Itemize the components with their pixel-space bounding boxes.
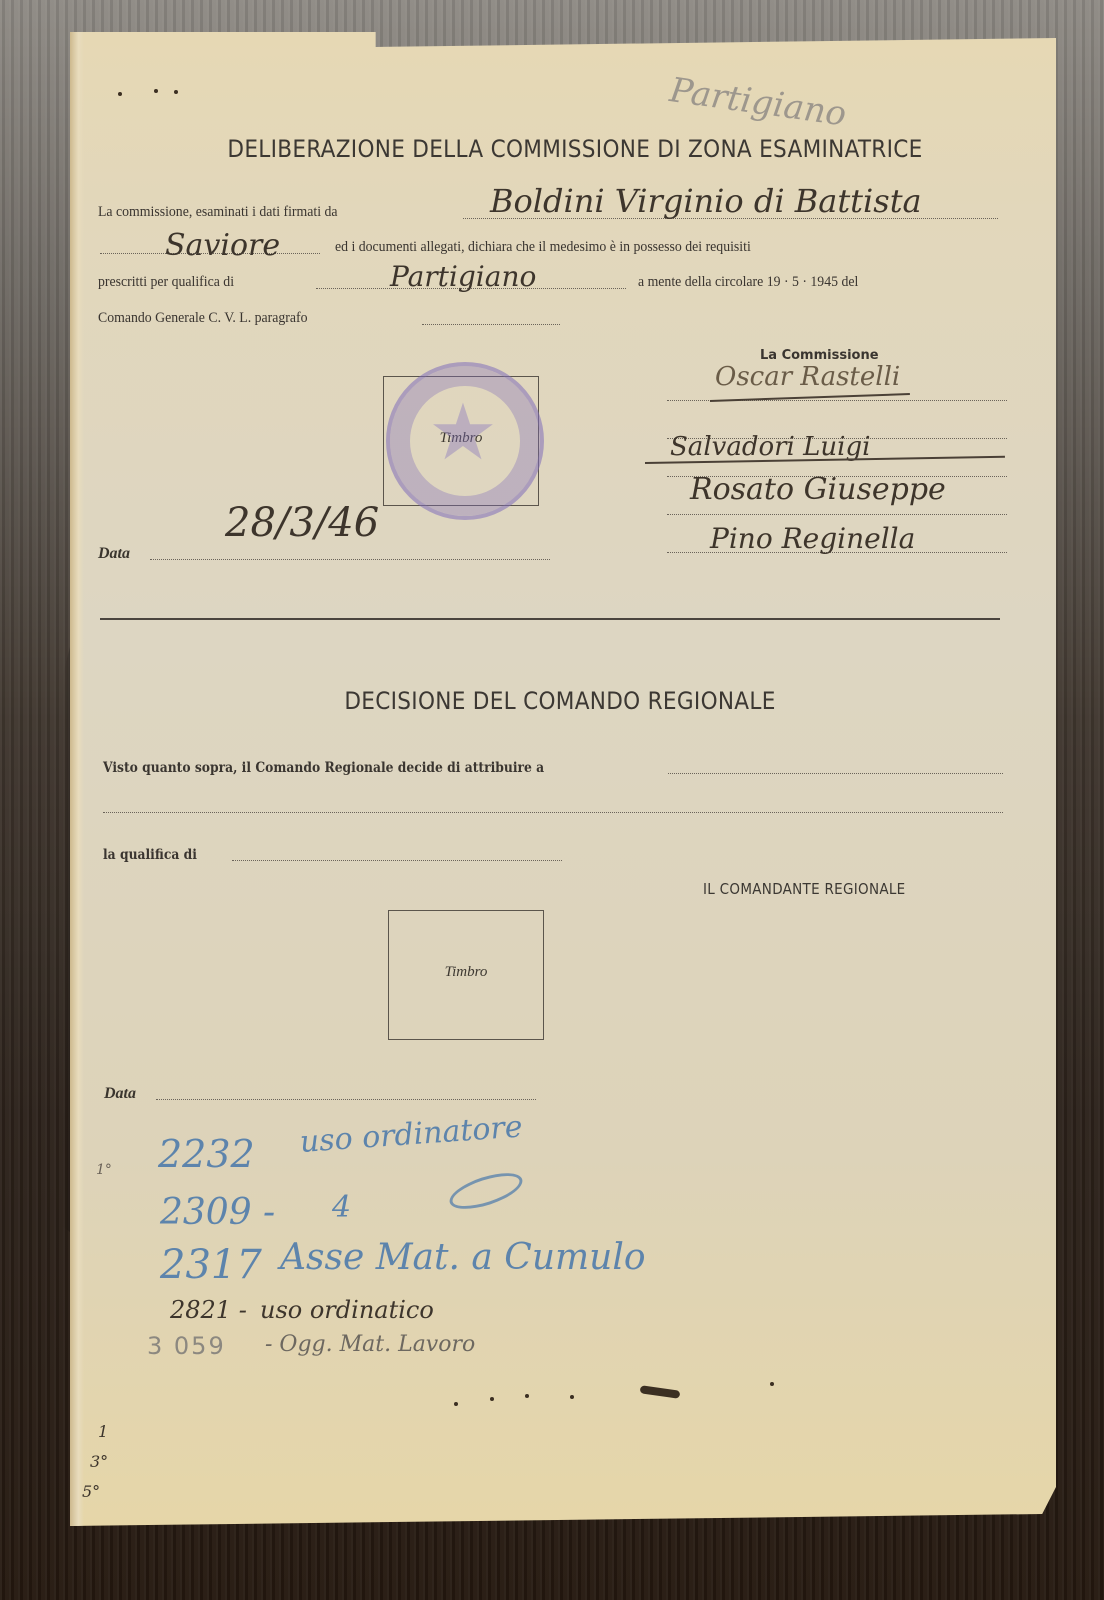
signature-2: Salvadori Luigi: [670, 432, 870, 462]
note-3-number: 2317: [160, 1242, 262, 1288]
pencil-annotation: Partigiano: [667, 70, 849, 134]
handwritten-name: Boldini Virginio di Battista: [490, 182, 922, 220]
note-2-text: 4: [332, 1190, 351, 1225]
section2-title: DECISIONE DEL COMANDO REGIONALE: [110, 687, 1010, 715]
handwritten-date: 28/3/46: [225, 500, 379, 546]
note-5-number: 3 059: [147, 1332, 226, 1360]
note-1-number: 2232: [158, 1132, 255, 1176]
handwritten-qualifica: Partigiano: [390, 260, 536, 293]
margin-mark: 1°: [96, 1162, 112, 1178]
stamp-box-2: Timbro: [388, 910, 544, 1040]
date-label-1: Data: [98, 545, 130, 563]
ink-spot: [490, 1397, 494, 1401]
note-5-text: - Ogg. Mat. Lavoro: [265, 1332, 475, 1357]
line4-text: Comando Generale C. V. L. paragrafo: [98, 310, 308, 327]
line2-text: ed i documenti allegati, dichiara che il…: [335, 239, 751, 256]
ink-smudge: [640, 1385, 681, 1398]
partisan-seal: ★: [386, 362, 544, 520]
note-2-number: 2309 -: [160, 1192, 275, 1233]
fill-line: [232, 860, 562, 861]
line1-prefix: La commissione, esaminati i dati firmati…: [98, 204, 338, 221]
ink-spot: [154, 89, 158, 93]
note-1-text: uso ordinatore: [299, 1109, 524, 1159]
commander-label: IL COMANDANTE REGIONALE: [703, 880, 906, 898]
ink-spot: [118, 92, 122, 96]
date-label-2: Data: [104, 1085, 136, 1103]
ink-spot: [770, 1382, 774, 1386]
commission-label: La Commissione: [760, 348, 879, 363]
margin-mark: 3°: [90, 1452, 108, 1471]
ink-spot: [525, 1394, 529, 1398]
ink-spot: [454, 1402, 458, 1406]
note-4-number: 2821 -: [170, 1296, 247, 1324]
margin-mark: 1: [98, 1422, 108, 1441]
handwritten-place: Saviore: [165, 228, 280, 263]
ink-spot: [174, 90, 178, 94]
date-line: [150, 559, 550, 560]
signature-3: Rosato Giuseppe: [690, 472, 946, 507]
section2-line2: la qualifica di: [103, 847, 197, 863]
note-3-text: Asse Mat. a Cumulo: [280, 1237, 646, 1278]
ink-loop: [446, 1166, 527, 1216]
fill-line: [103, 812, 1003, 813]
date-line: [156, 1099, 536, 1100]
signature-4: Pino Reginella: [710, 522, 915, 555]
section2-line1: Visto quanto sopra, il Comando Regionale…: [103, 760, 544, 776]
document-sheet: Partigiano DELIBERAZIONE DELLA COMMISSIO…: [70, 32, 1056, 1532]
signature-line: [667, 514, 1007, 515]
fill-line: [422, 324, 560, 325]
fill-line: [668, 773, 1003, 774]
section-divider: [100, 618, 1000, 620]
ink-spot: [570, 1395, 574, 1399]
section1-title: DELIBERAZIONE DELLA COMMISSIONE DI ZONA …: [125, 135, 1025, 163]
stamp-label: Timbro: [389, 964, 543, 981]
line3-prefix: prescritti per qualifica di: [98, 274, 234, 291]
note-4-text: uso ordinatico: [260, 1296, 434, 1324]
signature-1: Oscar Rastelli: [715, 362, 900, 392]
margin-mark: 5°: [82, 1482, 100, 1501]
line3-suffix: a mente della circolare 19 · 5 · 1945 de…: [638, 274, 858, 291]
star-icon: ★: [428, 394, 498, 472]
